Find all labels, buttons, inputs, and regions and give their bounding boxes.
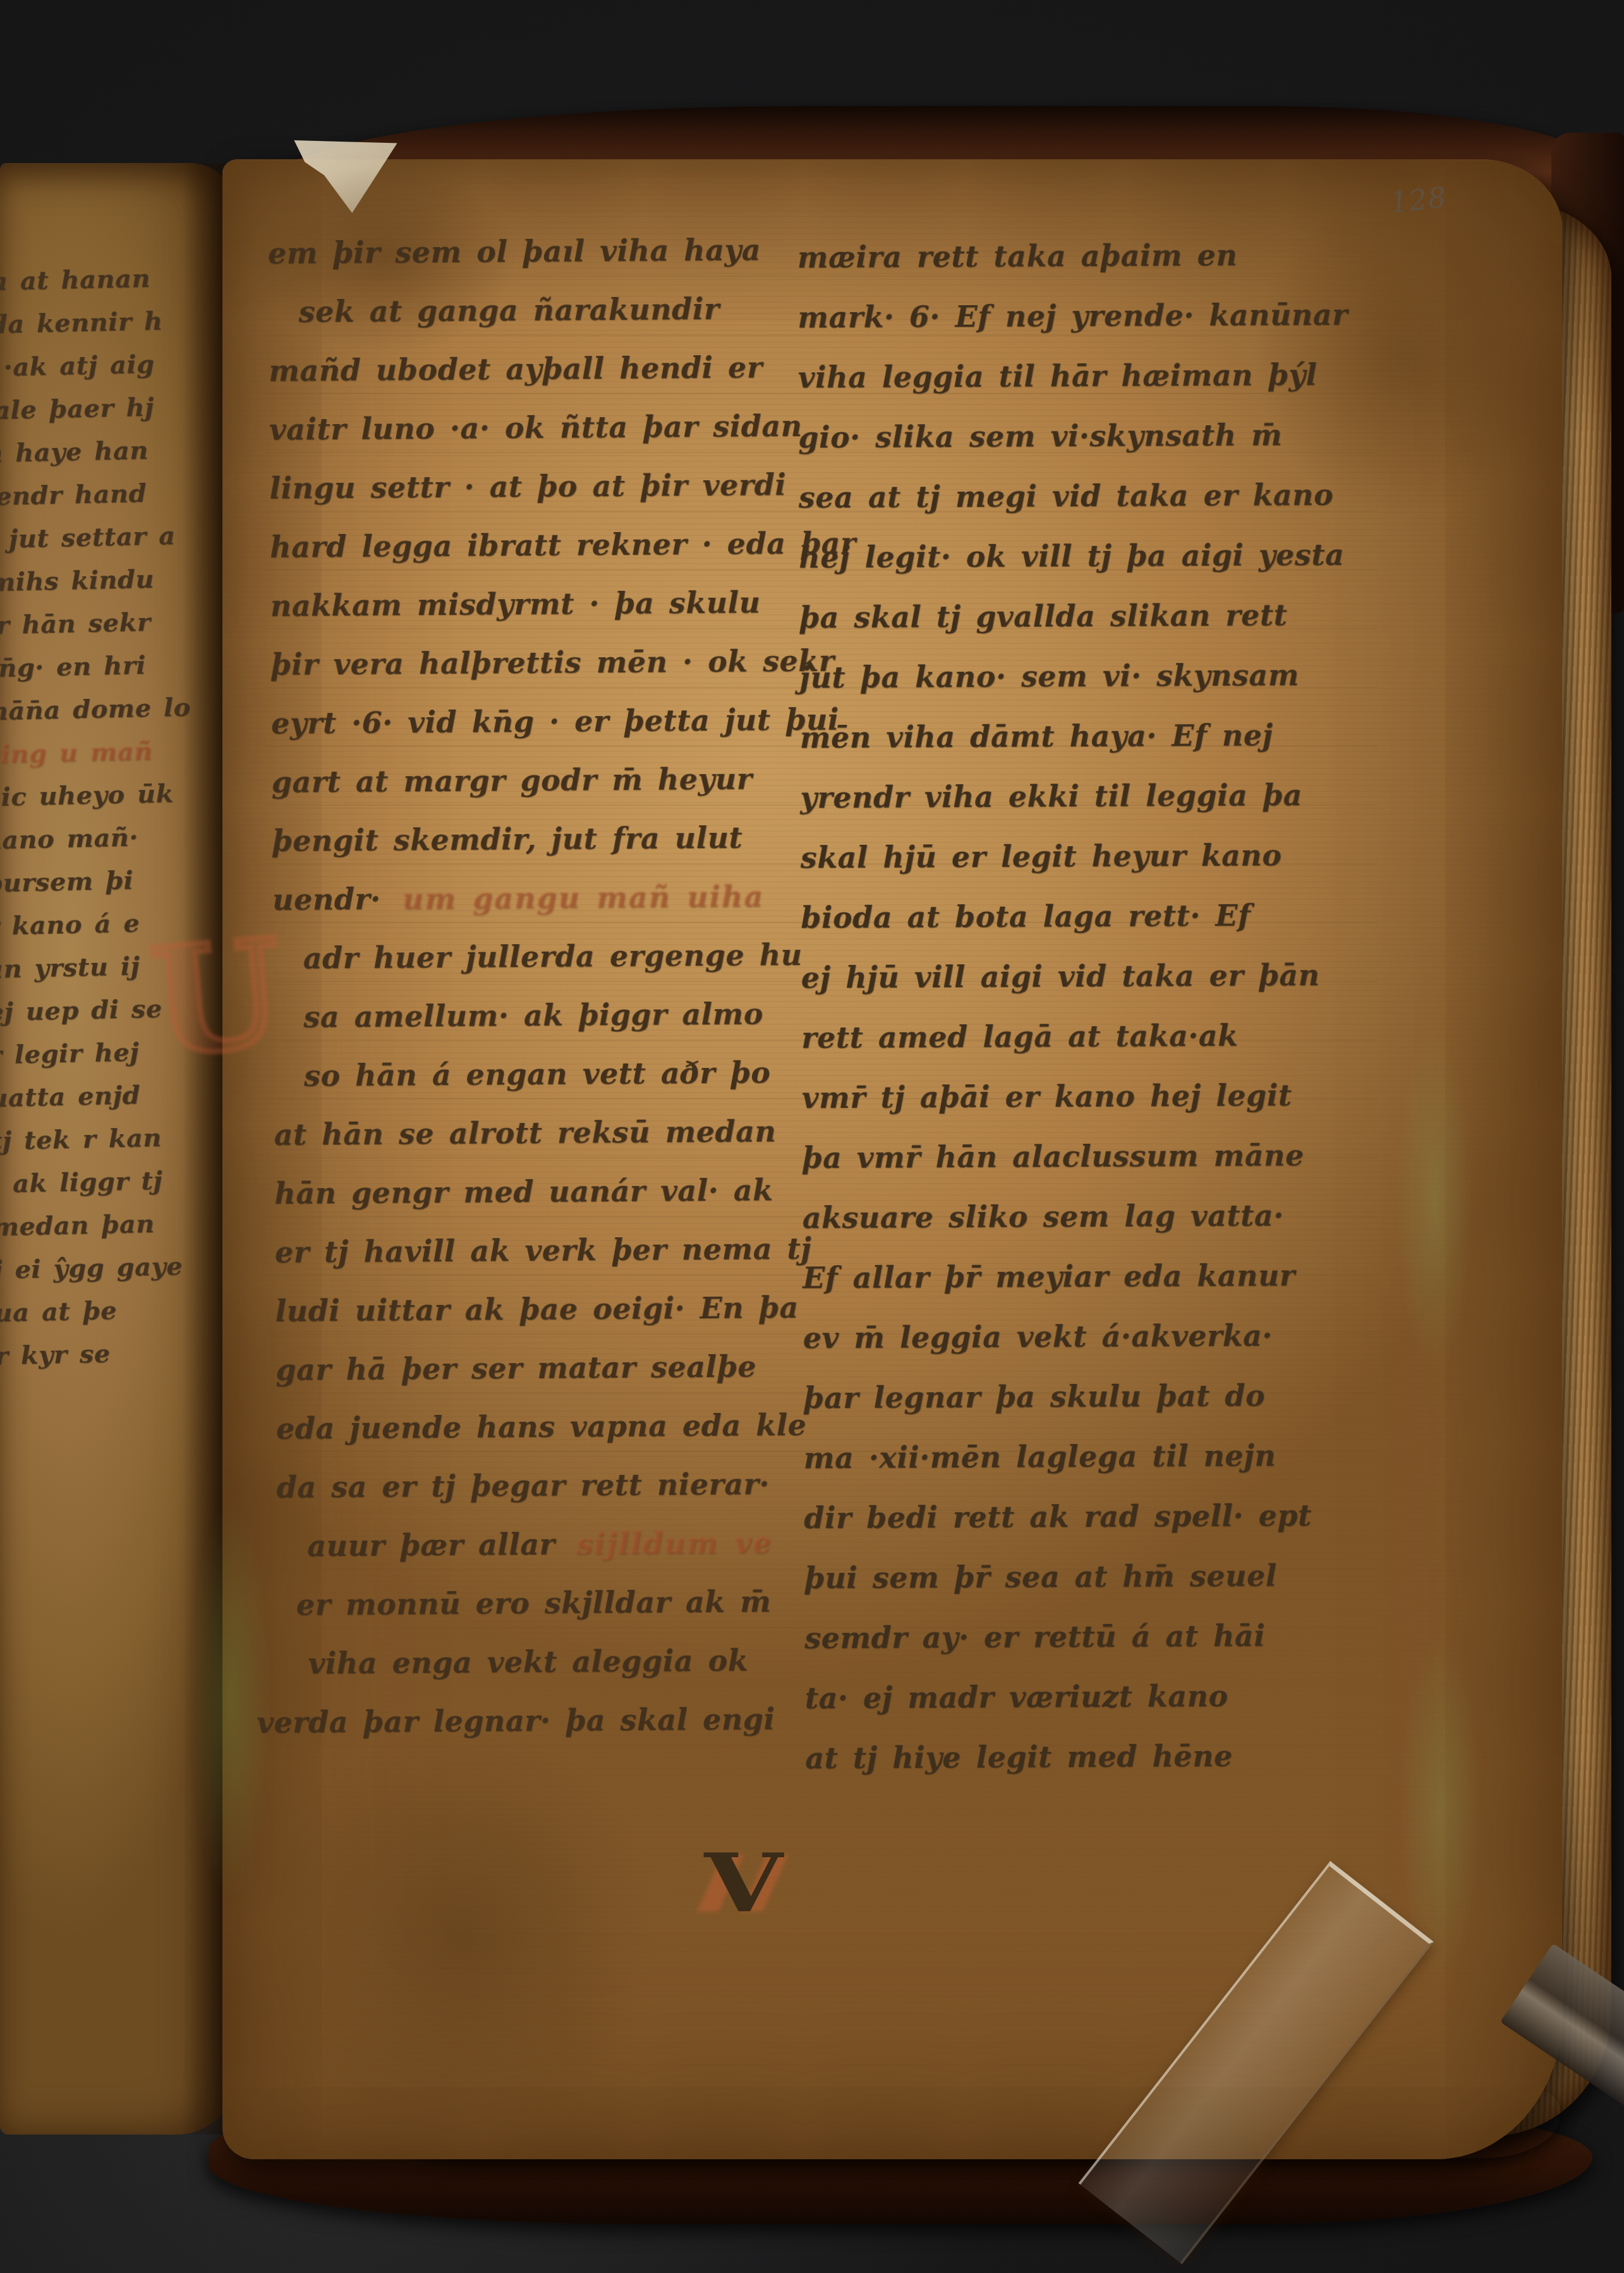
manuscript-line: sa amellum· ak þiggr almo [273, 985, 779, 1047]
manuscript-line: þengit skemdir, jut fra ulut [272, 808, 778, 871]
manuscript-line: at hān se alrott reksū medan [274, 1102, 780, 1165]
manuscript-line: vmr̄ tj aþāi er kano hej legit [802, 1065, 1371, 1129]
manuscript-line: er tj havill ak verk þer nema tj [275, 1220, 781, 1282]
rubric-text: um gangu mañ uiha [380, 879, 764, 916]
manuscript-line: adr huer jullerda ergenge hu [272, 926, 779, 988]
manuscript-line: mañd ubodet ayþall hendi er [269, 338, 775, 401]
manuscript-line: ta· ej madr væriuzt kano [804, 1666, 1373, 1729]
manuscript-line: em þir sem ol þaıl viha haya [268, 221, 774, 283]
text-column-left: em þir sem ol þaıl viha hayasek at ganga… [268, 221, 784, 1752]
manuscript-line: aksuare sliko sem lag vatta· [802, 1185, 1371, 1249]
manuscript-line: yrendr viha ekki til leggia þa [800, 765, 1369, 828]
manuscript-line: vaitr luno ·a· ok ñtta þar sidan [269, 397, 775, 459]
manuscript-line: mēn viha dāmt haya· Ef nej [800, 705, 1369, 768]
manuscript-line: da sa er tj þegar rett nierar· [276, 1455, 782, 1517]
manuscript-line: jut þa kano· sem vi· skynsam [799, 645, 1368, 708]
manuscript-line: uendr·um gangu mañ uiha [272, 867, 779, 930]
manuscript-line: verda þar legnar· þa skal engi [257, 1690, 784, 1752]
manuscript-line: dir bedi rett ak rad spell· ept [804, 1486, 1373, 1549]
manuscript-line: þa skal tj gvallda slikan rett [799, 585, 1368, 648]
manuscript-line: þar legnar þa skulu þat do [803, 1366, 1372, 1429]
manuscript-line: ej hjū vill aigi vid taka er þān [801, 945, 1370, 1009]
manuscript-line: hej legit· ok vill tj þa aigi yesta [799, 525, 1367, 588]
manuscript-line: hard legga ibratt rekner · eda þar [270, 514, 776, 577]
manuscript-line: viha leggia til hār hæiman þýl [798, 345, 1367, 408]
manuscript-line: þui sem þr̄ sea at hm̄ seuel [804, 1546, 1373, 1609]
manuscript-line: nakkam misdyrmt · þa skulu [270, 573, 776, 636]
manuscript-line: ev m̄ leggia vekt á·akverka· [803, 1306, 1371, 1369]
quire-signature: V [692, 1836, 818, 1943]
manuscript-line: semdr ay· er rettū á at hāi [804, 1606, 1373, 1669]
manuscript-line: at tj hiye legit med hēne [805, 1726, 1374, 1789]
manuscript-line: skal hjū er legit heyur kano [801, 825, 1369, 888]
manuscript-line: sea at tj megi vid taka er kano [799, 465, 1367, 528]
manuscript-line: eyrt ·6· vid kn̄g · er þetta jut þui [271, 691, 777, 753]
manuscript-line: eda juende hans vapna eda kle [276, 1396, 782, 1458]
parchment-stain [265, 1719, 657, 2149]
rubric-text: sijlldum ve [555, 1525, 773, 1561]
manuscript-line: gart at margr godr m̄ heyur [271, 749, 777, 812]
quire-signature-letter: V [705, 1836, 783, 1931]
manuscript-line: þa vmr̄ hān alaclussum māne [802, 1125, 1371, 1189]
manuscript-line: bioda at bota laga rett· Ef [801, 885, 1369, 949]
manuscript-line: gio· slika sem vi·skynsath m̄ [798, 405, 1367, 468]
manuscript-line: ma ·xii·mēn laglega til nejn [803, 1426, 1372, 1489]
manuscript-line: rett amed lagā at taka·ak [801, 1005, 1370, 1069]
manuscript-line: mark· 6· Ef nej yrende· kanūnar [797, 285, 1366, 348]
green-tint-stain [1397, 1024, 1472, 1378]
manuscript-line: er monnū ero skjlldar ak m̄ [277, 1572, 784, 1635]
manuscript-line: þir vera halþrettis mēn · ok sekr [270, 632, 777, 694]
manuscript-line: gar hā þer ser matar sealþe [276, 1337, 782, 1400]
text-column-right: mæira rett taka aþaim enmark· 6· Ef nej … [797, 225, 1374, 1789]
folio-number: 128 [1389, 181, 1449, 219]
manuscript-line: so hān á engan vett aðr þo [274, 1043, 780, 1106]
manuscript-line: viha enga vekt aleggia ok [277, 1631, 784, 1694]
manuscript-line: Ef allar þr̄ meyiar eda kanur [803, 1246, 1371, 1309]
manuscript-line: auur þær allarsijlldum ve [277, 1513, 783, 1576]
manuscript-line: mæira rett taka aþaim en [797, 225, 1366, 288]
manuscript-line: ludi uittar ak þae oeigi· En þa [275, 1278, 781, 1341]
manuscript-line: hān gengr med uanár val· ak [274, 1161, 780, 1223]
manuscript-line: sek at ganga ñarakundir [268, 279, 774, 342]
manuscript-line: lingu settr · at þo at þir verdi [269, 456, 775, 518]
